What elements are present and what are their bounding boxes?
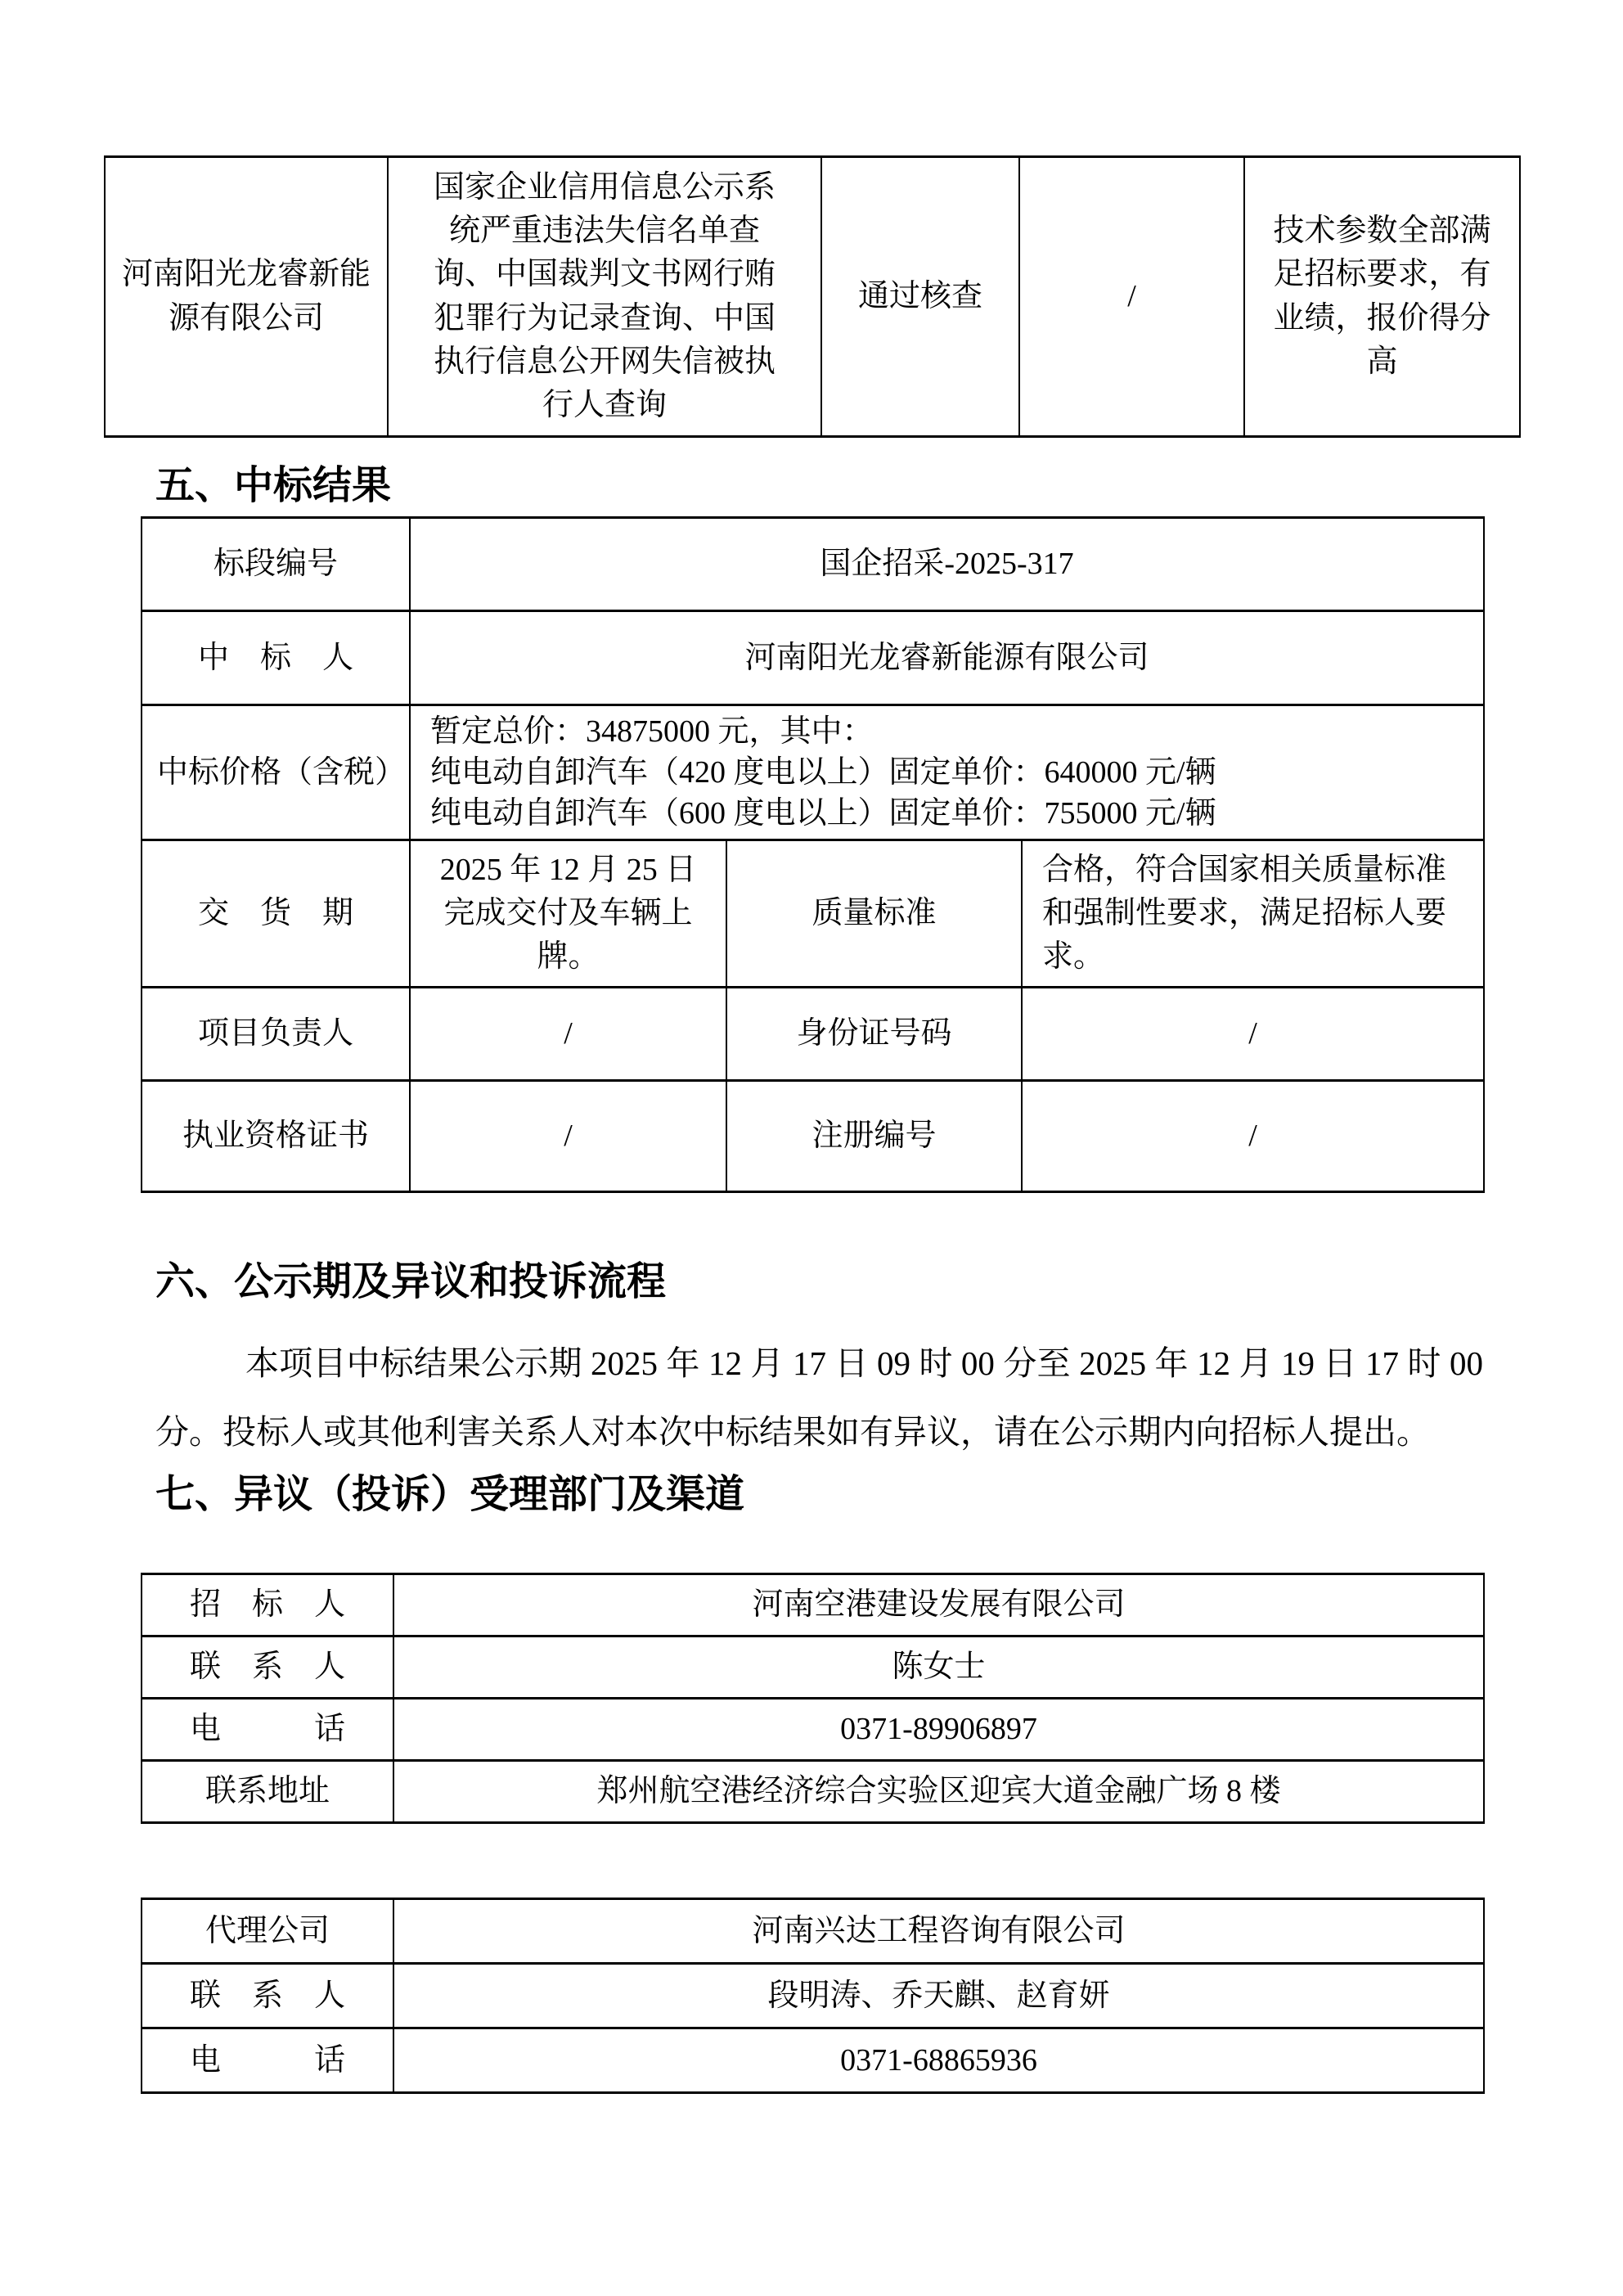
price-line-600: 纯电动自卸汽车（600 度电以上）固定单价：755000 元/辆: [430, 793, 1463, 834]
delivery-value: 2025 年 12 月 25 日完成交付及车辆上牌。: [410, 840, 726, 988]
publicity-paragraph: 本项目中标结果公示期 2025 年 12 月 17 日 09 时 00 分至 2…: [155, 1329, 1483, 1466]
quality-label: 质量标准: [726, 840, 1022, 988]
lot-number-label: 标段编号: [142, 518, 410, 611]
winner-value: 河南阳光龙睿新能源有限公司: [410, 611, 1484, 705]
tenderer-value: 河南空港建设发展有限公司: [393, 1574, 1484, 1636]
empty-slash-cell: /: [1019, 157, 1244, 437]
lot-number-value: 国企招采-2025-317: [410, 518, 1484, 611]
registration-label: 注册编号: [726, 1081, 1022, 1192]
table-row: 项目负责人 / 身份证号码 /: [142, 988, 1484, 1081]
address-value: 郑州航空港经济综合实验区迎宾大道金融广场 8 楼: [393, 1761, 1484, 1823]
id-number-value: /: [1022, 988, 1484, 1081]
table-row: 执业资格证书 / 注册编号 /: [142, 1081, 1484, 1192]
project-manager-label: 项目负责人: [142, 988, 410, 1081]
agency-contact-person-label: 联 系 人: [142, 1964, 393, 2028]
address-label: 联系地址: [142, 1761, 393, 1823]
registration-value: /: [1022, 1081, 1484, 1192]
tenderer-contact-table: 招 标 人 河南空港建设发展有限公司 联 系 人 陈女士 电 话 0371-89…: [141, 1573, 1485, 1824]
agency-label: 代理公司: [142, 1899, 393, 1964]
cert-value: /: [410, 1081, 726, 1192]
price-line-420: 纯电动自卸汽车（420 度电以上）固定单价：640000 元/辆: [430, 752, 1463, 793]
table-row: 中标价格（含税） 暂定总价：34875000 元，其中： 纯电动自卸汽车（420…: [142, 705, 1484, 840]
project-manager-value: /: [410, 988, 726, 1081]
table-row: 交 货 期 2025 年 12 月 25 日完成交付及车辆上牌。 质量标准 合格…: [142, 840, 1484, 988]
table-row: 电 话 0371-89906897: [142, 1699, 1484, 1761]
win-result-table: 标段编号 国企招采-2025-317 中 标 人 河南阳光龙睿新能源有限公司 中…: [141, 516, 1485, 1193]
winner-label: 中 标 人: [142, 611, 410, 705]
check-result-cell: 通过核查: [821, 157, 1019, 437]
tenderer-label: 招 标 人: [142, 1574, 393, 1636]
bidder-name-cell: 河南阳光龙睿新能源有限公司: [105, 157, 388, 437]
table-row: 标段编号 国企招采-2025-317: [142, 518, 1484, 611]
price-label: 中标价格（含税）: [142, 705, 410, 840]
section-heading-publicity: 六、公示期及异议和投诉流程: [155, 1258, 1623, 1306]
evaluation-table: 河南阳光龙睿新能源有限公司 国家企业信用信息公示系统严重违法失信名单查询、中国裁…: [104, 155, 1521, 438]
agency-contact-person-value: 段明涛、乔天麒、赵育妍: [393, 1964, 1484, 2028]
remark-cell: 技术参数全部满足招标要求，有业绩，报价得分高: [1244, 157, 1520, 437]
quality-value: 合格，符合国家相关质量标准和强制性要求，满足招标人要求。: [1022, 840, 1484, 988]
agency-phone-label: 电 话: [142, 2028, 393, 2093]
price-value: 暂定总价：34875000 元，其中： 纯电动自卸汽车（420 度电以上）固定单…: [410, 705, 1484, 840]
contact-person-label: 联 系 人: [142, 1636, 393, 1699]
cert-label: 执业资格证书: [142, 1081, 410, 1192]
document-page: 河南阳光龙睿新能源有限公司 国家企业信用信息公示系统严重违法失信名单查询、中国裁…: [0, 0, 1623, 2296]
id-number-label: 身份证号码: [726, 988, 1022, 1081]
section-heading-win-result: 五、中标结果: [155, 462, 1623, 510]
contact-person-value: 陈女士: [393, 1636, 1484, 1699]
table-row: 招 标 人 河南空港建设发展有限公司: [142, 1574, 1484, 1636]
agency-contact-table: 代理公司 河南兴达工程咨询有限公司 联 系 人 段明涛、乔天麒、赵育妍 电 话 …: [141, 1898, 1485, 2094]
table-row: 联系地址 郑州航空港经济综合实验区迎宾大道金融广场 8 楼: [142, 1761, 1484, 1823]
delivery-label: 交 货 期: [142, 840, 410, 988]
section-heading-channels: 七、异议（投诉）受理部门及渠道: [155, 1471, 1623, 1519]
agency-phone-value: 0371-68865936: [393, 2028, 1484, 2093]
price-line-total: 暂定总价：34875000 元，其中：: [430, 711, 1463, 752]
table-row: 代理公司 河南兴达工程咨询有限公司: [142, 1899, 1484, 1964]
table-row: 联 系 人 段明涛、乔天麒、赵育妍: [142, 1964, 1484, 2028]
table-row: 河南阳光龙睿新能源有限公司 国家企业信用信息公示系统严重违法失信名单查询、中国裁…: [105, 157, 1520, 437]
table-row: 电 话 0371-68865936: [142, 2028, 1484, 2093]
table-row: 联 系 人 陈女士: [142, 1636, 1484, 1699]
phone-label: 电 话: [142, 1699, 393, 1761]
agency-value: 河南兴达工程咨询有限公司: [393, 1899, 1484, 1964]
credit-check-cell: 国家企业信用信息公示系统严重违法失信名单查询、中国裁判文书网行贿犯罪行为记录查询…: [388, 157, 821, 437]
table-row: 中 标 人 河南阳光龙睿新能源有限公司: [142, 611, 1484, 705]
phone-value: 0371-89906897: [393, 1699, 1484, 1761]
